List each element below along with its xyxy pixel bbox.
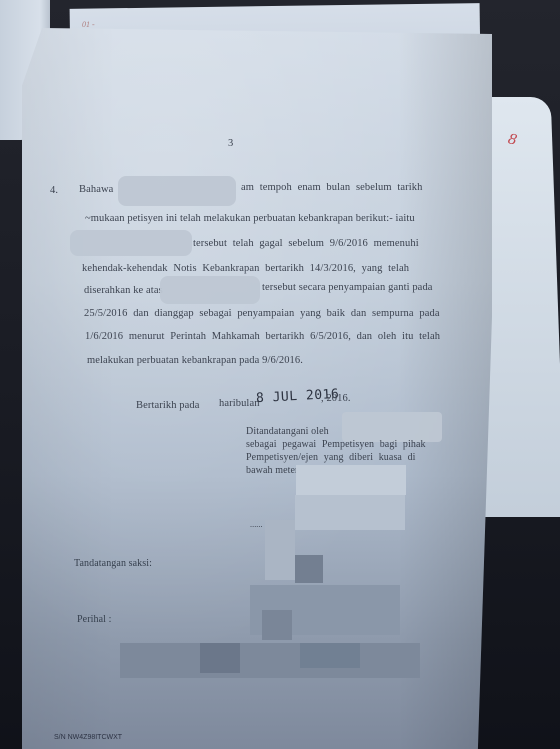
paragraph-number: 4. xyxy=(50,185,58,196)
para-line-8: melakukan perbuatan kebankrapan pada 9/6… xyxy=(87,355,303,366)
signature-dots: ...... xyxy=(250,520,263,529)
para-line-4: kehendak-kehendak Notis Kebankrapan bert… xyxy=(82,263,409,274)
serial-number: S/N NW4Z98ITCWXT xyxy=(54,734,122,741)
redaction xyxy=(70,230,192,256)
para-line-5-start: diserahkan ke atas xyxy=(84,285,163,296)
haribulan-label: haribulan xyxy=(219,398,260,409)
para-line-1-start: Bahawa xyxy=(79,184,113,195)
signed-line-3: Pempetisyen/ejen yang diberi kuasa di xyxy=(246,452,416,463)
redaction xyxy=(118,176,236,206)
back-sheet-mark: 01 - xyxy=(82,20,95,29)
year-suffix: , 2016. xyxy=(321,393,351,404)
para-line-2: ~mukaan petisyen ini telah melakukan per… xyxy=(85,213,415,224)
dated-label: Bertarikh pada xyxy=(136,400,200,411)
para-line-3-end: tersebut telah gagal sebelum 9/6/2016 me… xyxy=(193,238,419,249)
page-number: 3 xyxy=(228,138,233,149)
document-page xyxy=(22,28,492,749)
perihal-label: Perihal : xyxy=(77,614,112,625)
witness-signature-label: Tandatangan saksi: xyxy=(74,558,152,569)
para-line-5-end: tersebut secara penyampaian ganti pada xyxy=(262,282,433,293)
redaction xyxy=(342,412,442,442)
para-line-1-end: am tempoh enam bulan sebelum tarikh xyxy=(241,182,423,193)
signed-line-2: sebagai pegawai Pempetisyen bagi pihak xyxy=(246,439,426,450)
redaction xyxy=(160,276,260,304)
para-line-7: 1/6/2016 menurut Perintah Mahkamah berta… xyxy=(85,331,440,342)
para-line-6: 25/5/2016 dan dianggap sebagai penyampai… xyxy=(84,308,440,319)
signed-line-1: Ditandatangani oleh xyxy=(246,426,329,437)
